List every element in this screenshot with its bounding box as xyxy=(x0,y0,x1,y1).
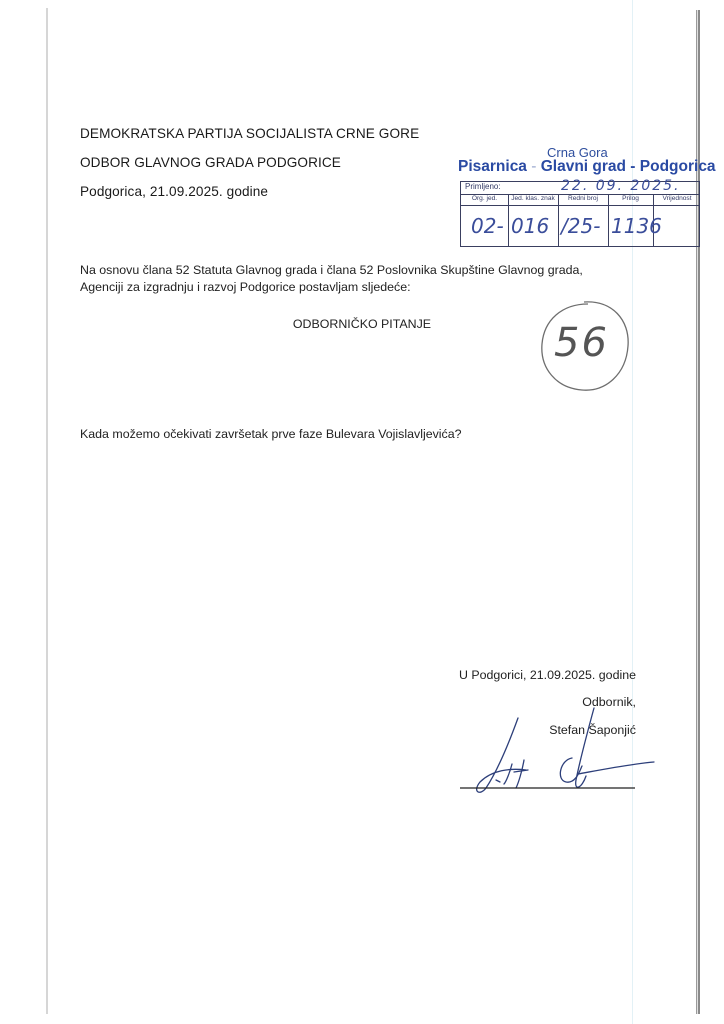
stamp-title-sep: - xyxy=(527,158,541,175)
stamp-cell-value: 1136 xyxy=(611,214,662,238)
header-date: Podgorica, 21.09.2025. godine xyxy=(80,184,268,199)
signature-place-date: U Podgorici, 21.09.2025. godine xyxy=(442,667,636,684)
stamp-col-label: Prilog xyxy=(608,195,653,202)
handwritten-signature xyxy=(440,700,660,800)
stamp-received-label: Primljeno: xyxy=(465,182,501,191)
stamp-col-label: Vrijednost xyxy=(653,195,701,202)
stamp-title: Pisarnica - Glavni grad - Podgorica xyxy=(458,158,716,176)
stamp-cell-value: /25- xyxy=(561,214,600,238)
stamp-table: Primljeno: 22. 09. 2025. Org. jed. Jed. … xyxy=(460,181,700,247)
stamp-cell-value: 02- xyxy=(471,214,504,238)
intro-line-1: Na osnovu člana 52 Statuta Glavnog grada… xyxy=(80,262,583,279)
party-name: DEMOKRATSKA PARTIJA SOCIJALISTA CRNE GOR… xyxy=(80,126,419,141)
stamp-col-label: Redni broj xyxy=(558,195,608,202)
stamp-col-label: Org. jed. xyxy=(461,195,508,202)
question-text: Kada možemo očekivati završetak prve faz… xyxy=(80,426,462,443)
scan-edge-left xyxy=(46,8,48,1014)
circled-number: 56 xyxy=(554,320,609,366)
intro-line-2: Agenciji za izgradnju i razvoj Podgorice… xyxy=(80,279,411,296)
stamp-title-right: Glavni grad - Podgorica xyxy=(541,158,716,175)
stamp-col-label: Jed. klas. znak xyxy=(508,195,558,202)
committee-name: ODBOR GLAVNOG GRADA PODGORICE xyxy=(80,155,341,170)
stamp-cell-value: 016 xyxy=(511,214,549,238)
scan-edge-tint xyxy=(632,0,633,1024)
stamp-title-left: Pisarnica xyxy=(458,158,527,175)
stamp-received-date: 22. 09. 2025. xyxy=(561,178,681,194)
